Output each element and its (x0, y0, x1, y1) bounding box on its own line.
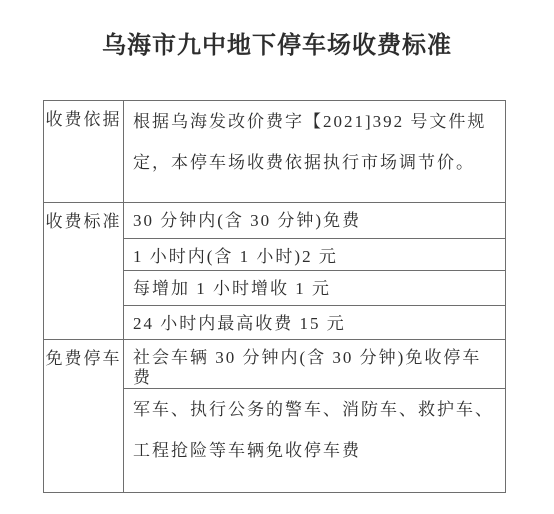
fee-standard-item-2: 1 小时内(含 1 小时)2 元 (124, 239, 506, 271)
fee-standard-item-3: 每增加 1 小时增收 1 元 (124, 271, 506, 306)
fee-standard-item-1: 30 分钟内(含 30 分钟)免费 (124, 203, 506, 239)
fee-basis-content: 根据乌海发改价费字【2021]392 号文件规定，本停车场收费依据执行市场调节价… (124, 101, 506, 203)
fee-standard-label: 收费标准 (44, 203, 124, 340)
free-parking-item-2: 军车、执行公务的警车、消防车、救护车、工程抢险等车辆免收停车费 (124, 389, 506, 493)
fee-table: 收费依据 根据乌海发改价费字【2021]392 号文件规定，本停车场收费依据执行… (43, 100, 506, 493)
table-row: 免费停车 社会车辆 30 分钟内(含 30 分钟)免收停车费 (44, 340, 506, 389)
free-parking-item-1: 社会车辆 30 分钟内(含 30 分钟)免收停车费 (124, 340, 506, 389)
fee-standard-item-4: 24 小时内最高收费 15 元 (124, 306, 506, 340)
fee-basis-label: 收费依据 (44, 101, 124, 203)
table-row: 收费标准 30 分钟内(含 30 分钟)免费 (44, 203, 506, 239)
document-page: 乌海市九中地下停车场收费标准 收费依据 根据乌海发改价费字【2021]392 号… (0, 0, 554, 514)
free-parking-label: 免费停车 (44, 340, 124, 493)
page-title: 乌海市九中地下停车场收费标准 (0, 0, 554, 62)
table-row: 收费依据 根据乌海发改价费字【2021]392 号文件规定，本停车场收费依据执行… (44, 101, 506, 203)
